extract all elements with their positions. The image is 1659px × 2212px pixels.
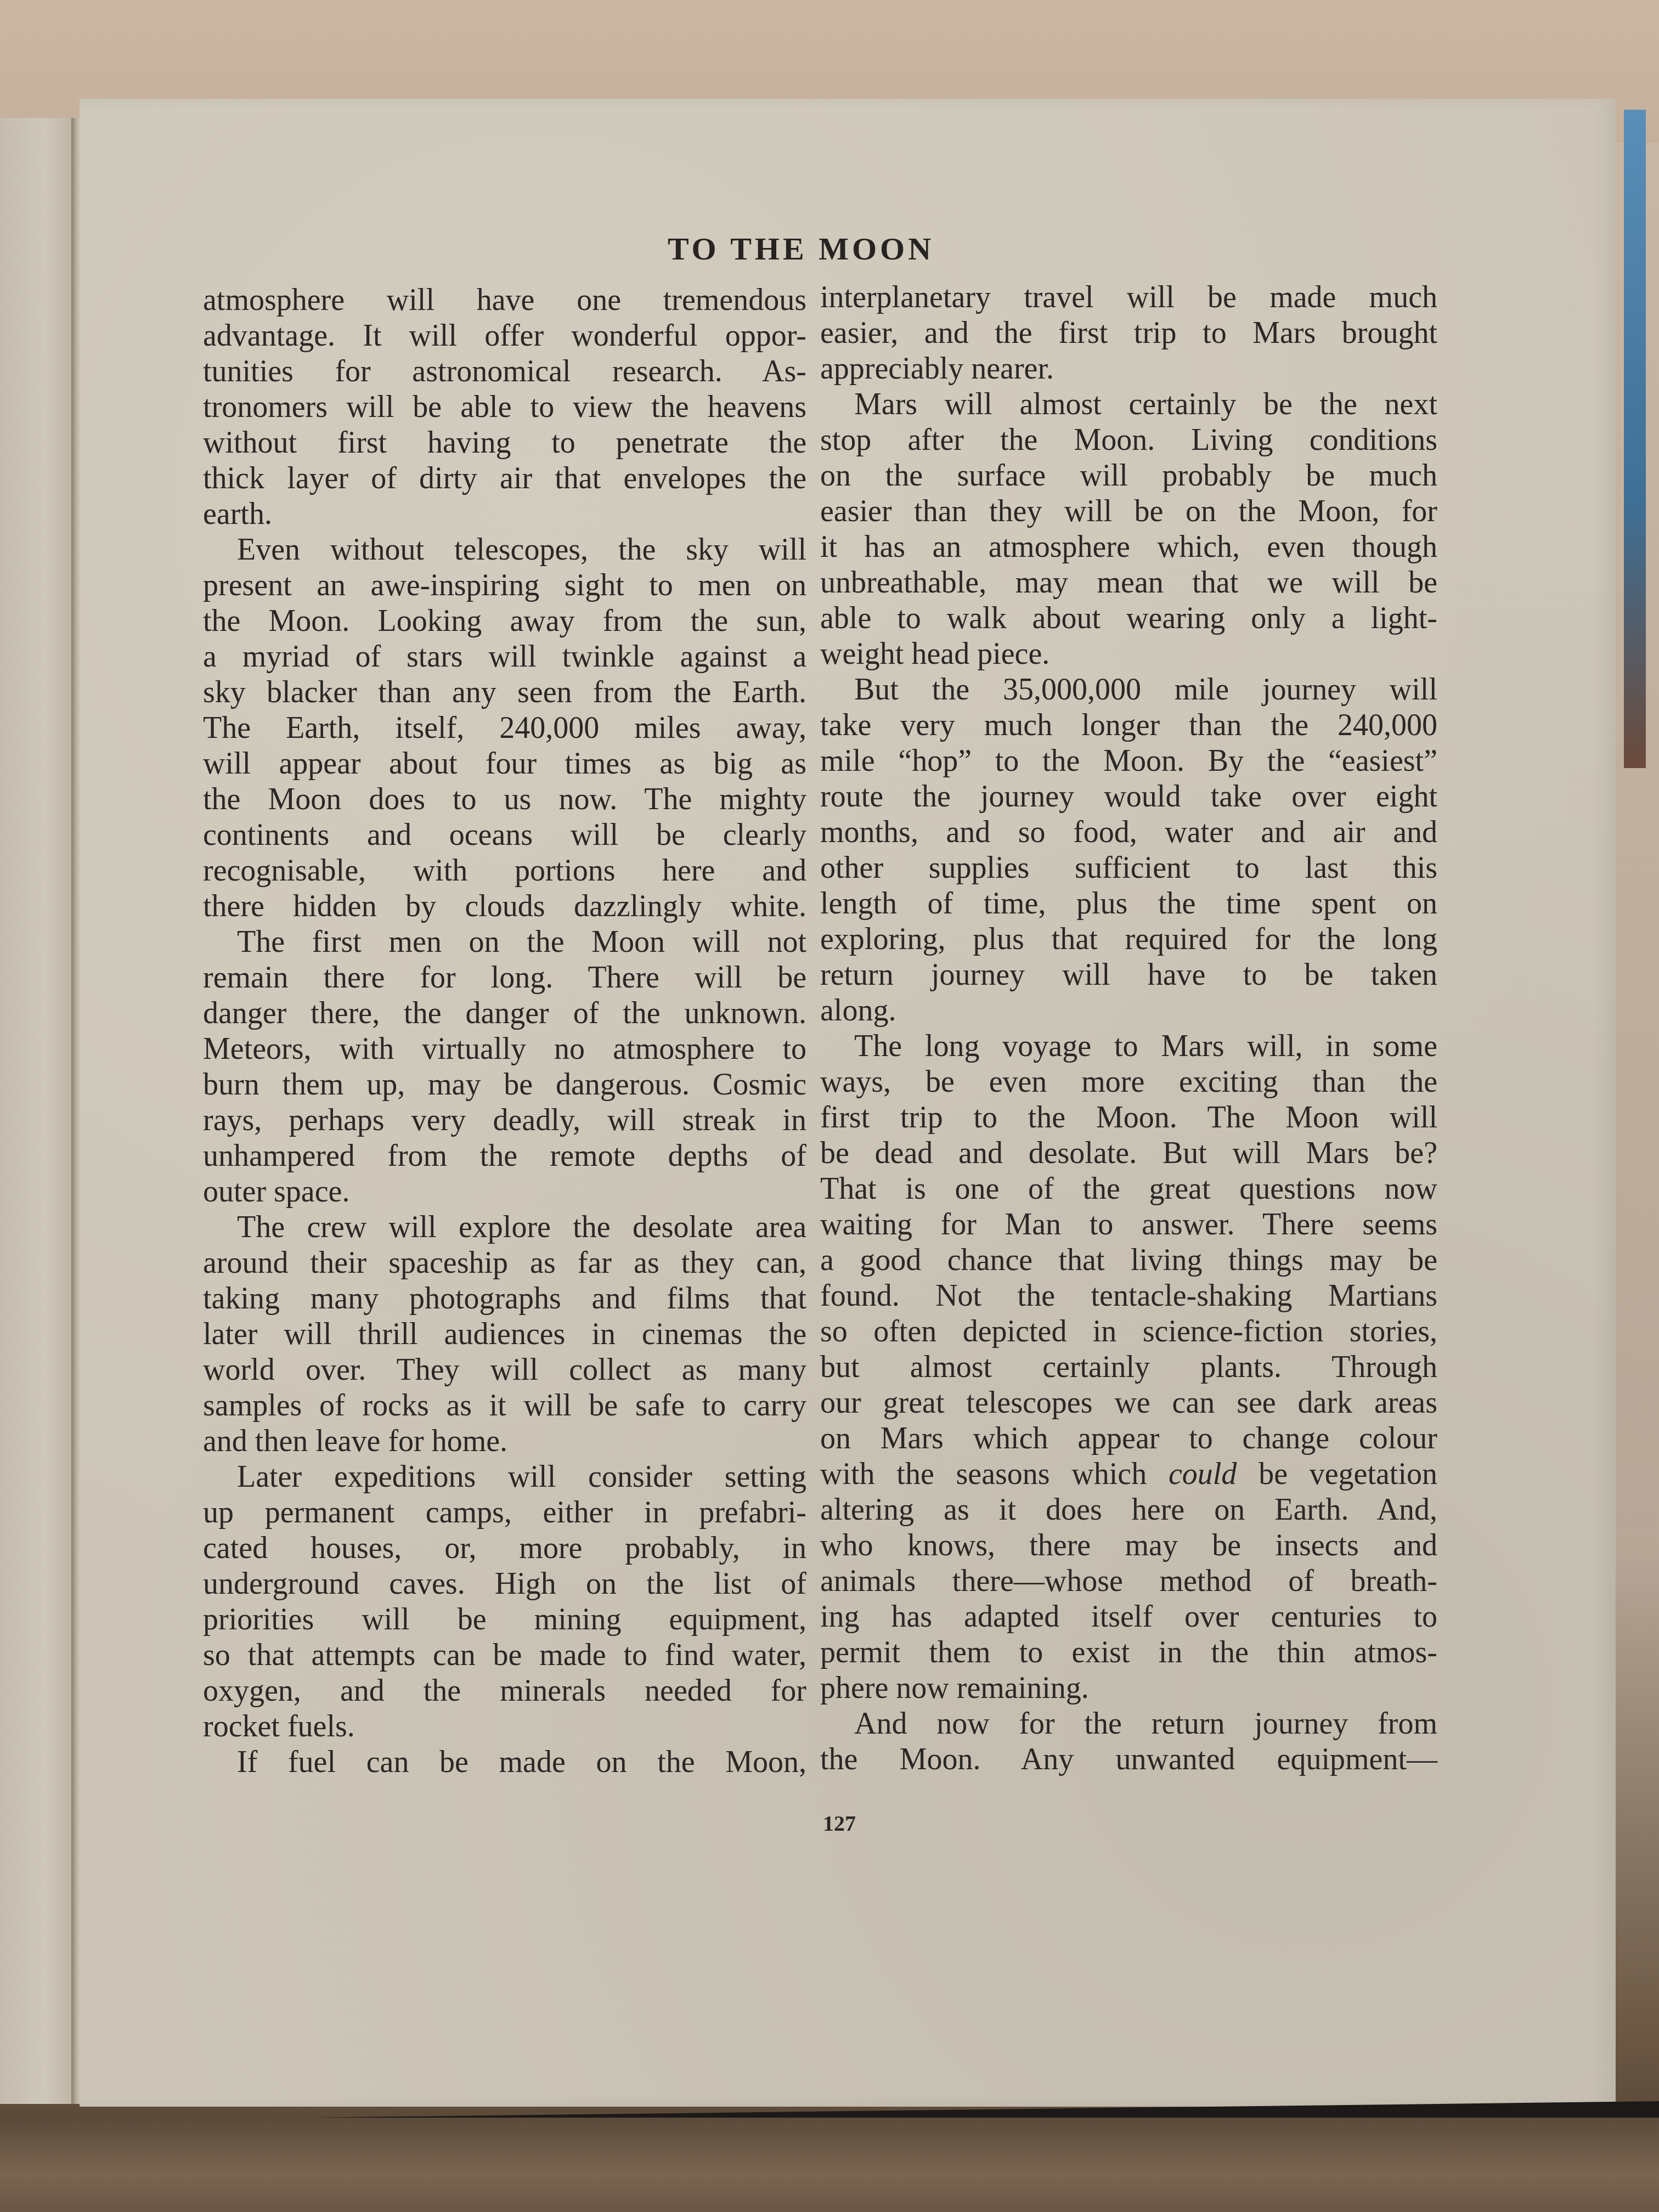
text-line: stop after the Moon. Living conditions (820, 422, 1437, 458)
text-line: around their spaceship as far as they ca… (203, 1245, 806, 1281)
text-line: continents and oceans will be clearly (203, 817, 806, 853)
text-line: altering as it does here on Earth. And, (820, 1492, 1437, 1528)
text-line: later will thrill audiences in cinemas t… (203, 1317, 806, 1352)
text-line: on Mars which appear to change colour (820, 1421, 1437, 1457)
left-facing-page-edge (0, 118, 74, 2104)
text-line: mile “hop” to the Moon. By the “easiest” (820, 743, 1437, 779)
text-column-left: atmosphere will have one tremendousadvan… (203, 283, 806, 1780)
text-line: underground caves. High on the list of (203, 1566, 806, 1602)
text-line: Mars will almost certainly be the next (820, 387, 1437, 422)
text-line: waiting for Man to answer. There seems (820, 1207, 1437, 1243)
text-line: oxygen, and the minerals needed for (203, 1673, 806, 1709)
page-number: 127 (817, 1810, 861, 1836)
text-line: but almost certainly plants. Through (820, 1350, 1437, 1385)
text-line: return journey will have to be taken (820, 957, 1437, 993)
text-line: The first men on the Moon will not (203, 924, 806, 960)
text-line: thick layer of dirty air that envelopes … (203, 461, 806, 496)
text-line: without first having to penetrate the (203, 425, 806, 461)
text-line: up permanent camps, either in prefabri- (203, 1495, 806, 1531)
text-line: cated houses, or, more probably, in (203, 1531, 806, 1566)
text-line: world over. They will collect as many (203, 1352, 806, 1388)
text-line: Meteors, with virtually no atmosphere to (203, 1031, 806, 1067)
running-head: TO THE MOON (653, 230, 949, 267)
text-line: The Earth, itself, 240,000 miles away, (203, 710, 806, 746)
text-line: months, and so food, water and air and (820, 815, 1437, 850)
text-line: along. (820, 993, 1437, 1029)
text-line: route the journey would take over eight (820, 779, 1437, 815)
text-line: advantage. It will offer wonderful oppor… (203, 318, 806, 354)
text-line: so that attempts can be made to find wat… (203, 1638, 806, 1673)
text-line: samples of rocks as it will be safe to c… (203, 1388, 806, 1424)
text-line: easier, and the first trip to Mars broug… (820, 315, 1437, 351)
text-line: If fuel can be made on the Moon, (203, 1745, 806, 1780)
text-line: danger there, the danger of the unknown. (203, 996, 806, 1031)
text-line: sky blacker than any seen from the Earth… (203, 675, 806, 710)
text-line: weight head piece. (820, 636, 1437, 672)
text-line: Even without telescopes, the sky will (203, 532, 806, 568)
text-line: burn them up, may be dangerous. Cosmic (203, 1067, 806, 1103)
text-line: permit them to exist in the thin atmos- (820, 1635, 1437, 1671)
text-line: Later expeditions will consider setting (203, 1459, 806, 1495)
text-line: exploring, plus that required for the lo… (820, 922, 1437, 957)
text-line: tronomers will be able to view the heave… (203, 390, 806, 425)
book-cover-spine-edge (1624, 110, 1646, 768)
text-line: priorities will be mining equipment, (203, 1602, 806, 1638)
italic-emphasis: could (1169, 1457, 1237, 1491)
text-line: so often depicted in science-fiction sto… (820, 1314, 1437, 1350)
text-line: And now for the return journey from (820, 1706, 1437, 1742)
text-line: But the 35,000,000 mile journey will (820, 672, 1437, 708)
text-line: will appear about four times as big as (203, 746, 806, 782)
text-line: the Moon. Any unwanted equipment— (820, 1742, 1437, 1778)
text-line: The crew will explore the desolate area (203, 1210, 806, 1245)
text-line: present an awe-inspiring sight to men on (203, 568, 806, 603)
text-line: on the surface will probably be much (820, 458, 1437, 494)
text-line: animals there—whose method of breath- (820, 1564, 1437, 1599)
text-line: take very much longer than the 240,000 (820, 708, 1437, 743)
text-line: our great telescopes we can see dark are… (820, 1385, 1437, 1421)
text-line: outer space. (203, 1174, 806, 1210)
text-line: and then leave for home. (203, 1424, 806, 1459)
text-line: The long voyage to Mars will, in some (820, 1029, 1437, 1064)
text-line: That is one of the great questions now (820, 1171, 1437, 1207)
text-line: with the seasons which could be vegetati… (820, 1457, 1437, 1492)
text-line: the Moon does to us now. The mighty (203, 782, 806, 817)
text-line: rays, perhaps very deadly, will streak i… (203, 1103, 806, 1138)
text-line: a myriad of stars will twinkle against a (203, 639, 806, 675)
text-line: interplanetary travel will be made much (820, 280, 1437, 315)
text-line: length of time, plus the time spent on (820, 886, 1437, 922)
text-line: found. Not the tentacle-shaking Martians (820, 1278, 1437, 1314)
text-line: recognisable, with portions here and (203, 853, 806, 889)
text-line: taking many photographs and films that (203, 1281, 806, 1317)
text-line: appreciably nearer. (820, 351, 1437, 387)
text-line: ways, be even more exciting than the (820, 1064, 1437, 1100)
text-line: a good chance that living things may be (820, 1243, 1437, 1278)
text-line: unbreathable, may mean that we will be (820, 565, 1437, 601)
text-line: first trip to the Moon. The Moon will (820, 1100, 1437, 1136)
text-line: there hidden by clouds dazzlingly white. (203, 889, 806, 924)
text-line: tunities for astronomical research. As- (203, 354, 806, 390)
desk-surface-bottom (0, 2118, 1659, 2212)
text-column-right: interplanetary travel will be made muche… (820, 280, 1437, 1778)
text-line: able to walk about wearing only a light- (820, 601, 1437, 636)
text-line: unhampered from the remote depths of (203, 1138, 806, 1174)
text-line: easier than they will be on the Moon, fo… (820, 494, 1437, 529)
text-line: be dead and desolate. But will Mars be? (820, 1136, 1437, 1171)
text-line: the Moon. Looking away from the sun, (203, 603, 806, 639)
text-line: remain there for long. There will be (203, 960, 806, 996)
text-line: atmosphere will have one tremendous (203, 283, 806, 318)
text-line: phere now remaining. (820, 1671, 1437, 1706)
text-line: it has an atmosphere which, even though (820, 529, 1437, 565)
text-line: earth. (203, 496, 806, 532)
text-line: ing has adapted itself over centuries to (820, 1599, 1437, 1635)
text-line: who knows, there may be insects and (820, 1528, 1437, 1564)
text-line: rocket fuels. (203, 1709, 806, 1745)
text-line: other supplies sufficient to last this (820, 850, 1437, 886)
